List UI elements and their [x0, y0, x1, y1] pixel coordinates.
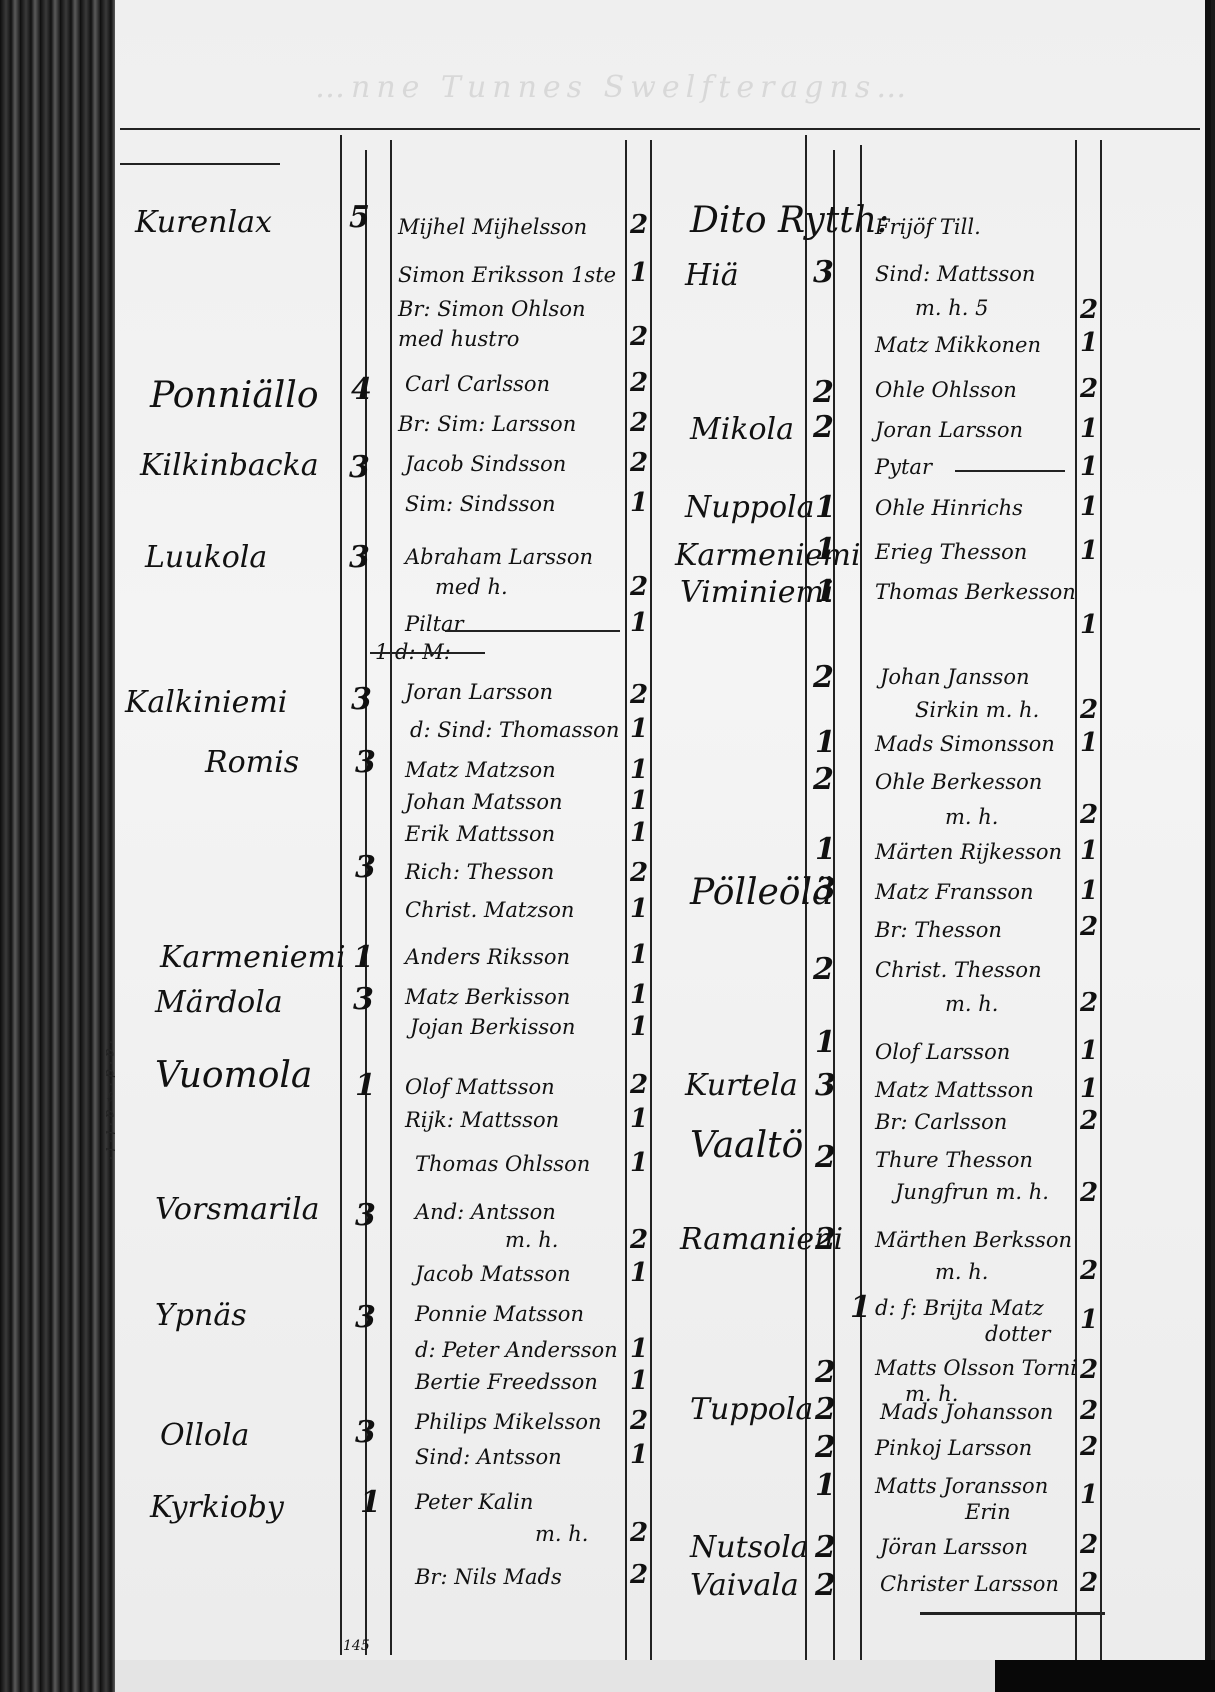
farm-count: 4: [351, 372, 372, 407]
person-count: 1: [1080, 452, 1098, 482]
farm-name: Ypnäs: [155, 1298, 247, 1333]
lower-page-edge: [115, 1660, 995, 1692]
person-name: Sirkin m. h.: [915, 698, 1039, 722]
person-name: Rijk: Mattsson: [405, 1108, 559, 1132]
person-count: 1: [630, 1258, 648, 1288]
person-count: 2: [1080, 912, 1098, 942]
person-name: med hustro: [398, 327, 519, 351]
person-count: 1: [1080, 728, 1098, 758]
person-count: 2: [630, 210, 648, 240]
farm-count: 3: [351, 682, 372, 717]
person-name: Matz Mikkonen: [875, 333, 1041, 357]
entry-rule: [445, 630, 620, 632]
person-count: 2: [1080, 374, 1098, 404]
farm-name: Hiä: [685, 258, 739, 293]
person-name: Thomas Ohlsson: [415, 1152, 590, 1176]
person-count: 2: [1080, 1106, 1098, 1136]
closing-flourish: [920, 1612, 1105, 1615]
person-name: Abraham Larsson: [405, 545, 593, 569]
person-name: Christer Larsson: [880, 1572, 1059, 1596]
person-count: 1: [630, 1440, 648, 1470]
column-rule: [1100, 140, 1102, 1660]
bleed-through-text: …nne Tunnes Swelfteragns…: [315, 70, 1215, 130]
person-count: 1: [630, 755, 648, 785]
person-count: 1: [630, 1334, 648, 1364]
person-name: Olof Larsson: [875, 1040, 1010, 1064]
person-count: 2: [630, 322, 648, 352]
person-count: 1: [1080, 876, 1098, 906]
person-count: 1: [1080, 414, 1098, 444]
farm-count: 1: [815, 1468, 836, 1503]
person-name: Rich: Thesson: [405, 860, 554, 884]
person-count: 1: [630, 980, 648, 1010]
farm-count: 2: [813, 660, 834, 695]
person-count: 1: [630, 1012, 648, 1042]
person-name: Anders Riksson: [405, 945, 570, 969]
farm-name: Vaaltö: [690, 1125, 803, 1166]
person-name: d: Sind: Thomasson: [410, 718, 619, 742]
farm-count: 3: [349, 540, 370, 575]
person-name: Thure Thesson: [875, 1148, 1033, 1172]
person-count: 2: [1080, 1432, 1098, 1462]
person-count: 1: [1080, 1480, 1098, 1510]
person-name: Sim: Sindsson: [405, 492, 556, 516]
farm-name: Tuppola: [690, 1392, 813, 1427]
farm-count: 1: [360, 1485, 381, 1520]
column-rule: [390, 140, 392, 1655]
farm-count: 2: [813, 952, 834, 987]
person-name: med h.: [435, 575, 508, 599]
farm-count: 5: [349, 200, 370, 235]
person-name: Matz Berkisson: [405, 985, 570, 1009]
person-name: Thomas Berkesson: [875, 580, 1076, 604]
person-name: Christ. Matzson: [405, 898, 574, 922]
farm-count: 1: [815, 490, 836, 525]
farm-count: 1: [815, 532, 836, 567]
person-name: Erin: [965, 1500, 1011, 1524]
person-name: Bertie Freedsson: [415, 1370, 598, 1394]
person-name: Ponnie Matsson: [415, 1302, 584, 1326]
farm-name: Kurenlax: [135, 205, 272, 240]
person-name: Erik Mattsson: [405, 822, 555, 846]
person-count: 2: [630, 858, 648, 888]
person-name: Ohle Berkesson: [875, 770, 1042, 794]
farm-count: 1: [355, 1068, 376, 1103]
person-name: Jungfrun m. h.: [895, 1180, 1049, 1204]
farm-count: 2: [815, 1140, 836, 1175]
person-count: 1: [630, 258, 648, 288]
person-count: 2: [630, 1560, 648, 1590]
person-name: Br: Carlsson: [875, 1110, 1007, 1134]
farm-name: Kilkinbacka: [140, 448, 319, 483]
person-name: Carl Carlsson: [405, 372, 550, 396]
top-rule: [120, 128, 1200, 130]
scan-background: [995, 1660, 1215, 1692]
page-mark: 145: [343, 1638, 370, 1654]
farm-name: Luukola: [145, 540, 267, 575]
farm-name: Kyrkioby: [150, 1490, 284, 1525]
farm-name: Vorsmarila: [155, 1192, 319, 1227]
farm-name: Nutsola: [690, 1530, 809, 1565]
person-name: And: Antsson: [415, 1200, 556, 1224]
person-name: Johan Matsson: [405, 790, 563, 814]
person-name: Ohle Hinrichs: [875, 496, 1023, 520]
person-count: 2: [1080, 1396, 1098, 1426]
farm-count: 3: [355, 1415, 376, 1450]
farm-name: Romis: [205, 745, 299, 780]
person-name: Matts Olsson Torni: [875, 1356, 1077, 1380]
farm-count: 1: [815, 832, 836, 867]
person-name: Mijhel Mijhelsson: [398, 215, 587, 239]
farm-count: 3: [815, 872, 836, 907]
person-name: Pytar: [875, 455, 932, 479]
person-name: Mads Johansson: [880, 1400, 1053, 1424]
farm-count: 2: [815, 1530, 836, 1565]
person-name: Sind: Antsson: [415, 1445, 562, 1469]
farm-name: Mikola: [690, 412, 794, 447]
person-name: d: Peter Andersson: [415, 1338, 618, 1362]
person-name: Matz Fransson: [875, 880, 1034, 904]
person-name: Philips Mikelsson: [415, 1410, 602, 1434]
person-name: m. h. 5: [915, 296, 989, 320]
top-rule-left: [120, 163, 280, 165]
person-name: dotter: [985, 1322, 1050, 1346]
farm-count: 1: [815, 725, 836, 760]
person-count: 2: [1080, 695, 1098, 725]
person-count: 1: [1080, 492, 1098, 522]
person-count: 1: [1080, 1074, 1098, 1104]
person-count: 1: [630, 818, 648, 848]
farm-name: Ponniällo: [150, 375, 319, 416]
farm-count: 3: [353, 982, 374, 1017]
person-count: 1: [630, 488, 648, 518]
person-name: Joran Larsson: [405, 680, 553, 704]
person-count: 1: [1080, 1036, 1098, 1066]
person-count: 2: [630, 448, 648, 478]
person-name: Frijöf Till.: [875, 215, 981, 239]
person-count: 2: [630, 680, 648, 710]
person-name: Olof Mattsson: [405, 1075, 555, 1099]
column-rule: [625, 140, 627, 1660]
person-name: Märten Rijkesson: [875, 840, 1062, 864]
farm-name: Viminiemi: [680, 575, 834, 610]
person-name: m. h.: [535, 1522, 588, 1546]
person-count: 1: [630, 940, 648, 970]
farm-count: 3: [355, 1198, 376, 1233]
person-count: 1: [630, 786, 648, 816]
farm-count: 2: [813, 762, 834, 797]
person-count: 1: [630, 714, 648, 744]
column-rule: [860, 145, 862, 1660]
person-count: 1: [1080, 610, 1098, 640]
person-name: Br: Thesson: [875, 918, 1002, 942]
person-count: 2: [630, 1518, 648, 1548]
farm-name: Kalkiniemi: [125, 685, 287, 720]
farm-count: 1: [815, 574, 836, 609]
person-count: 1: [1080, 536, 1098, 566]
person-name: Piltar: [405, 612, 464, 636]
farm-count: 3: [355, 1300, 376, 1335]
person-count: 2: [630, 1225, 648, 1255]
person-name: Pinkoj Larsson: [875, 1436, 1032, 1460]
farm-name: Vaivala: [690, 1568, 799, 1603]
person-count: 1: [1080, 328, 1098, 358]
farm-name: Märdola: [155, 985, 283, 1020]
farm-name: Kurtela: [685, 1068, 798, 1103]
farm-name: Dito Rytth:: [690, 200, 889, 241]
farm-name: Ollola: [160, 1418, 249, 1453]
farm-count: 3: [813, 255, 834, 290]
person-name: Sind: Mattsson: [875, 262, 1035, 286]
person-count: 1: [630, 1148, 648, 1178]
person-count: 1: [630, 1104, 648, 1134]
person-name: Br: Simon Ohlson: [398, 297, 585, 321]
person-count: 2: [1080, 1568, 1098, 1598]
person-count: 1: [630, 894, 648, 924]
person-name: Matz Matzson: [405, 758, 556, 782]
farm-count: 2: [815, 1568, 836, 1603]
person-name: m. h.: [945, 805, 998, 829]
farm-count: 2: [815, 1430, 836, 1465]
farm-count: 1: [850, 1290, 871, 1325]
person-count: 2: [1080, 1178, 1098, 1208]
person-name: Jojan Berkisson: [410, 1015, 575, 1039]
person-count: 2: [630, 408, 648, 438]
column-rule: [1075, 140, 1077, 1660]
farm-count: 3: [815, 1068, 836, 1103]
person-name: Matz Mattsson: [875, 1078, 1034, 1102]
farm-count: 1: [353, 940, 374, 975]
person-count: 2: [630, 368, 648, 398]
person-name: d: f: Brijta Matz: [875, 1296, 1044, 1320]
person-name: Br: Nils Mads: [415, 1565, 562, 1589]
person-count: 1: [630, 608, 648, 638]
farm-count: 2: [815, 1355, 836, 1390]
farm-count: 3: [355, 745, 376, 780]
strike-rule: [370, 652, 485, 654]
person-count: 2: [1080, 800, 1098, 830]
farm-count: 3: [355, 850, 376, 885]
person-count: 2: [630, 572, 648, 602]
person-count: 2: [1080, 1530, 1098, 1560]
person-name: Märthen Berksson: [875, 1228, 1072, 1252]
farm-name: Karmeniemi: [160, 940, 346, 975]
person-count: 2: [1080, 295, 1098, 325]
farm-name: Pölleölä: [690, 872, 833, 913]
column-rule: [340, 135, 342, 1655]
person-count: 2: [1080, 988, 1098, 1018]
person-name: Jacob Sindsson: [405, 452, 566, 476]
person-name: Br: Sim: Larsson: [398, 412, 576, 436]
person-name: Peter Kalin: [415, 1490, 533, 1514]
person-name: m. h.: [935, 1260, 988, 1284]
book-spine: [0, 0, 120, 1692]
ledger-page: …nne Tunnes Swelfteragns… Kurenlax 5 Mij…: [115, 0, 1211, 1664]
farm-name: Vuomola: [155, 1055, 312, 1096]
farm-count: 1: [815, 1025, 836, 1060]
person-name: Mads Simonsson: [875, 732, 1055, 756]
person-name: Jacob Matsson: [415, 1262, 571, 1286]
person-name: m. h.: [945, 992, 998, 1016]
person-name: Christ. Thesson: [875, 958, 1042, 982]
entry-rule: [955, 470, 1065, 472]
person-count: 1: [1080, 836, 1098, 866]
farm-count: 3: [349, 450, 370, 485]
person-name: Ohle Ohlsson: [875, 378, 1017, 402]
farm-count: 2: [815, 1392, 836, 1427]
person-name: Erieg Thesson: [875, 540, 1027, 564]
person-name: m. h.: [505, 1228, 558, 1252]
person-count: 1: [630, 1366, 648, 1396]
person-count: 2: [1080, 1256, 1098, 1286]
person-count: 2: [630, 1070, 648, 1100]
person-count: 1: [1080, 1305, 1098, 1335]
farm-count: 2: [815, 1222, 836, 1257]
person-count: 2: [630, 1406, 648, 1436]
column-rule: [650, 140, 652, 1660]
person-name: Simon Eriksson 1ste: [398, 263, 616, 287]
person-count: 2: [1080, 1355, 1098, 1385]
person-name: Jöran Larsson: [880, 1535, 1028, 1559]
person-name: Matts Joransson: [875, 1474, 1048, 1498]
person-name: Joran Larsson: [875, 418, 1023, 442]
person-name: Johan Jansson: [880, 665, 1030, 689]
farm-count: 2: [813, 410, 834, 445]
farm-count: 2: [813, 375, 834, 410]
farm-name: Nuppola: [685, 490, 815, 525]
